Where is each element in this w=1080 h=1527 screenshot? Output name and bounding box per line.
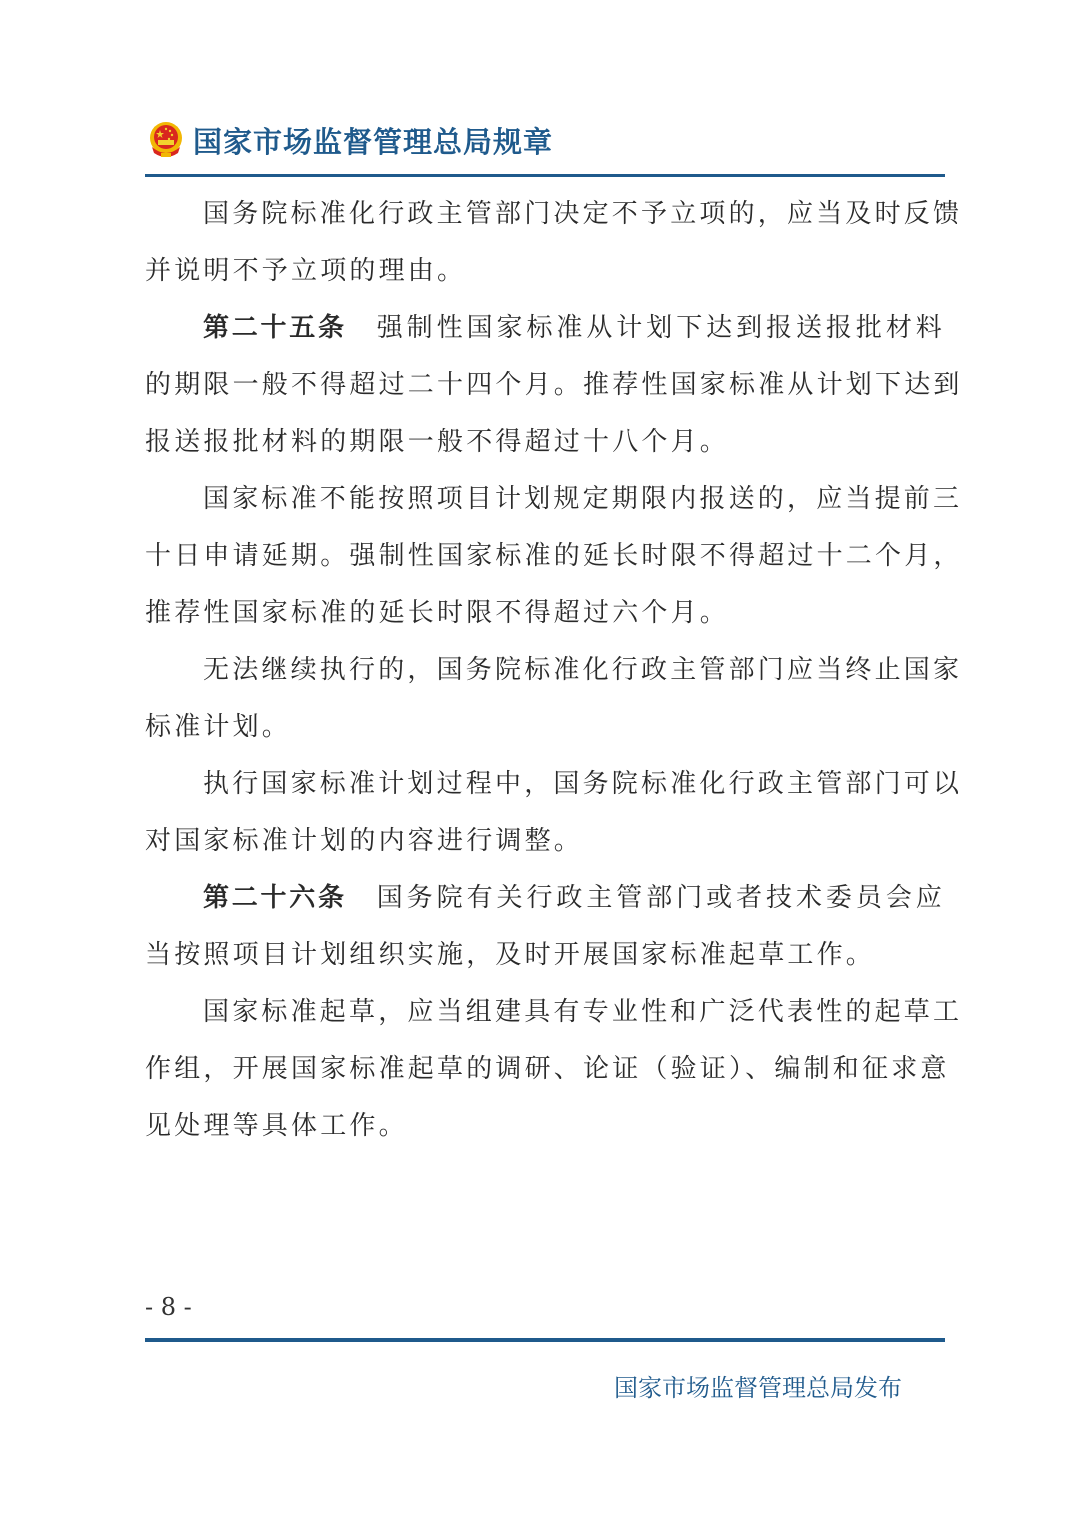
publisher-label: 国家市场监督管理总局发布	[614, 1368, 902, 1403]
text-line: 对国家标准计划的内容进行调整。	[145, 813, 945, 870]
document-body: 国务院标准化行政主管部门决定不予立项的，应当及时反馈 并说明不予立项的理由。 第…	[145, 186, 945, 1155]
text-line: 并说明不予立项的理由。	[145, 243, 945, 300]
article-number: 第二十六条	[203, 883, 347, 913]
header-divider	[145, 174, 945, 177]
text-line: 无法继续执行的，国务院标准化行政主管部门应当终止国家	[145, 642, 945, 699]
header-title: 国家市场监督管理总局规章	[193, 120, 553, 161]
text-line: 作组，开展国家标准起草的调研、论证（验证）、编制和征求意	[145, 1041, 945, 1098]
text-line: 十日申请延期。强制性国家标准的延长时限不得超过十二个月，	[145, 528, 945, 585]
text-line: 推荐性国家标准的延长时限不得超过六个月。	[145, 585, 945, 642]
text-line: 报送报批材料的期限一般不得超过十八个月。	[145, 414, 945, 471]
text-line: 第二十六条国务院有关行政主管部门或者技术委员会应	[145, 870, 945, 927]
text-line: 国务院标准化行政主管部门决定不予立项的，应当及时反馈	[145, 186, 945, 243]
text-line: 第二十五条强制性国家标准从计划下达到报送报批材料	[145, 300, 945, 357]
text-line: 国家标准起草，应当组建具有专业性和广泛代表性的起草工	[145, 984, 945, 1041]
footer-divider	[145, 1338, 945, 1342]
text-line: 的期限一般不得超过二十四个月。推荐性国家标准从计划下达到	[145, 357, 945, 414]
text-line: 当按照项目计划组织实施，及时开展国家标准起草工作。	[145, 927, 945, 984]
text-line: 国家标准不能按照项目计划规定期限内报送的，应当提前三	[145, 471, 945, 528]
text-line: 执行国家标准计划过程中，国务院标准化行政主管部门可以	[145, 756, 945, 813]
text-line: 见处理等具体工作。	[145, 1098, 945, 1155]
page-number: - 8 -	[145, 1293, 192, 1321]
national-emblem-icon	[145, 119, 187, 161]
article-number: 第二十五条	[203, 313, 347, 343]
text-line: 标准计划。	[145, 699, 945, 756]
page-header: 国家市场监督管理总局规章	[145, 118, 553, 162]
